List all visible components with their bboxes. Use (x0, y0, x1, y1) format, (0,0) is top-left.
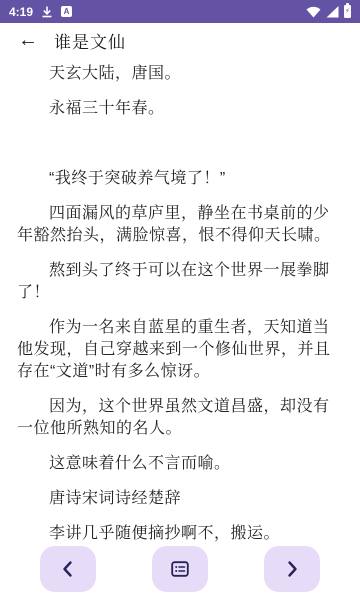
cell-signal-icon (326, 6, 339, 18)
arrow-left-icon: ← (18, 29, 38, 52)
clock: 4:19 (9, 5, 33, 19)
next-page-button[interactable] (264, 546, 320, 592)
paragraph: 熬到头了终于可以在这个世界一展拳脚了！ (17, 260, 343, 304)
page-title: 谁是文仙 (54, 28, 126, 53)
paragraph: 天玄大陆，唐国。 (17, 63, 343, 85)
paragraph: “我终于突破养气境了！” (17, 168, 343, 190)
paragraph (17, 133, 343, 155)
paragraph: 四面漏风的草庐里，静坐在书桌前的少年豁然抬头，满脸惊喜，恨不得仰天长啸。 (17, 203, 343, 247)
app-bar: ← 谁是文仙 (0, 23, 360, 57)
status-bar: 4:19 A ⚡ (0, 0, 360, 23)
back-button[interactable]: ← (15, 27, 41, 53)
paragraph: 这意味着什么不言而喻。 (17, 453, 343, 475)
contents-menu-button[interactable] (152, 546, 208, 592)
app-badge-icon: A (61, 6, 72, 17)
bottom-toolbar (0, 544, 360, 600)
chapter-text[interactable]: 天玄大陆，唐国。永福三十年春。“我终于突破养气境了！”四面漏风的草庐里，静坐在书… (0, 57, 360, 545)
paragraph: 因为，这个世界虽然文道昌盛，却没有一位他所熟知的名人。 (17, 396, 343, 440)
paragraph: 永福三十年春。 (17, 98, 343, 120)
battery-icon: ⚡ (344, 5, 351, 18)
chevron-right-icon (282, 559, 302, 579)
download-icon (41, 6, 53, 18)
paragraph: 唐诗宋词诗经楚辞 (17, 488, 343, 510)
contents-list-icon (169, 558, 191, 580)
prev-page-button[interactable] (40, 546, 96, 592)
wifi-icon (306, 6, 321, 18)
chevron-left-icon (58, 559, 78, 579)
paragraph: 李讲几乎随便摘抄啊不，搬运。 (17, 523, 343, 545)
paragraph: 作为一名来自蓝星的重生者，天知道当他发现，自己穿越来到一个修仙世界，并且存在“文… (17, 317, 343, 383)
